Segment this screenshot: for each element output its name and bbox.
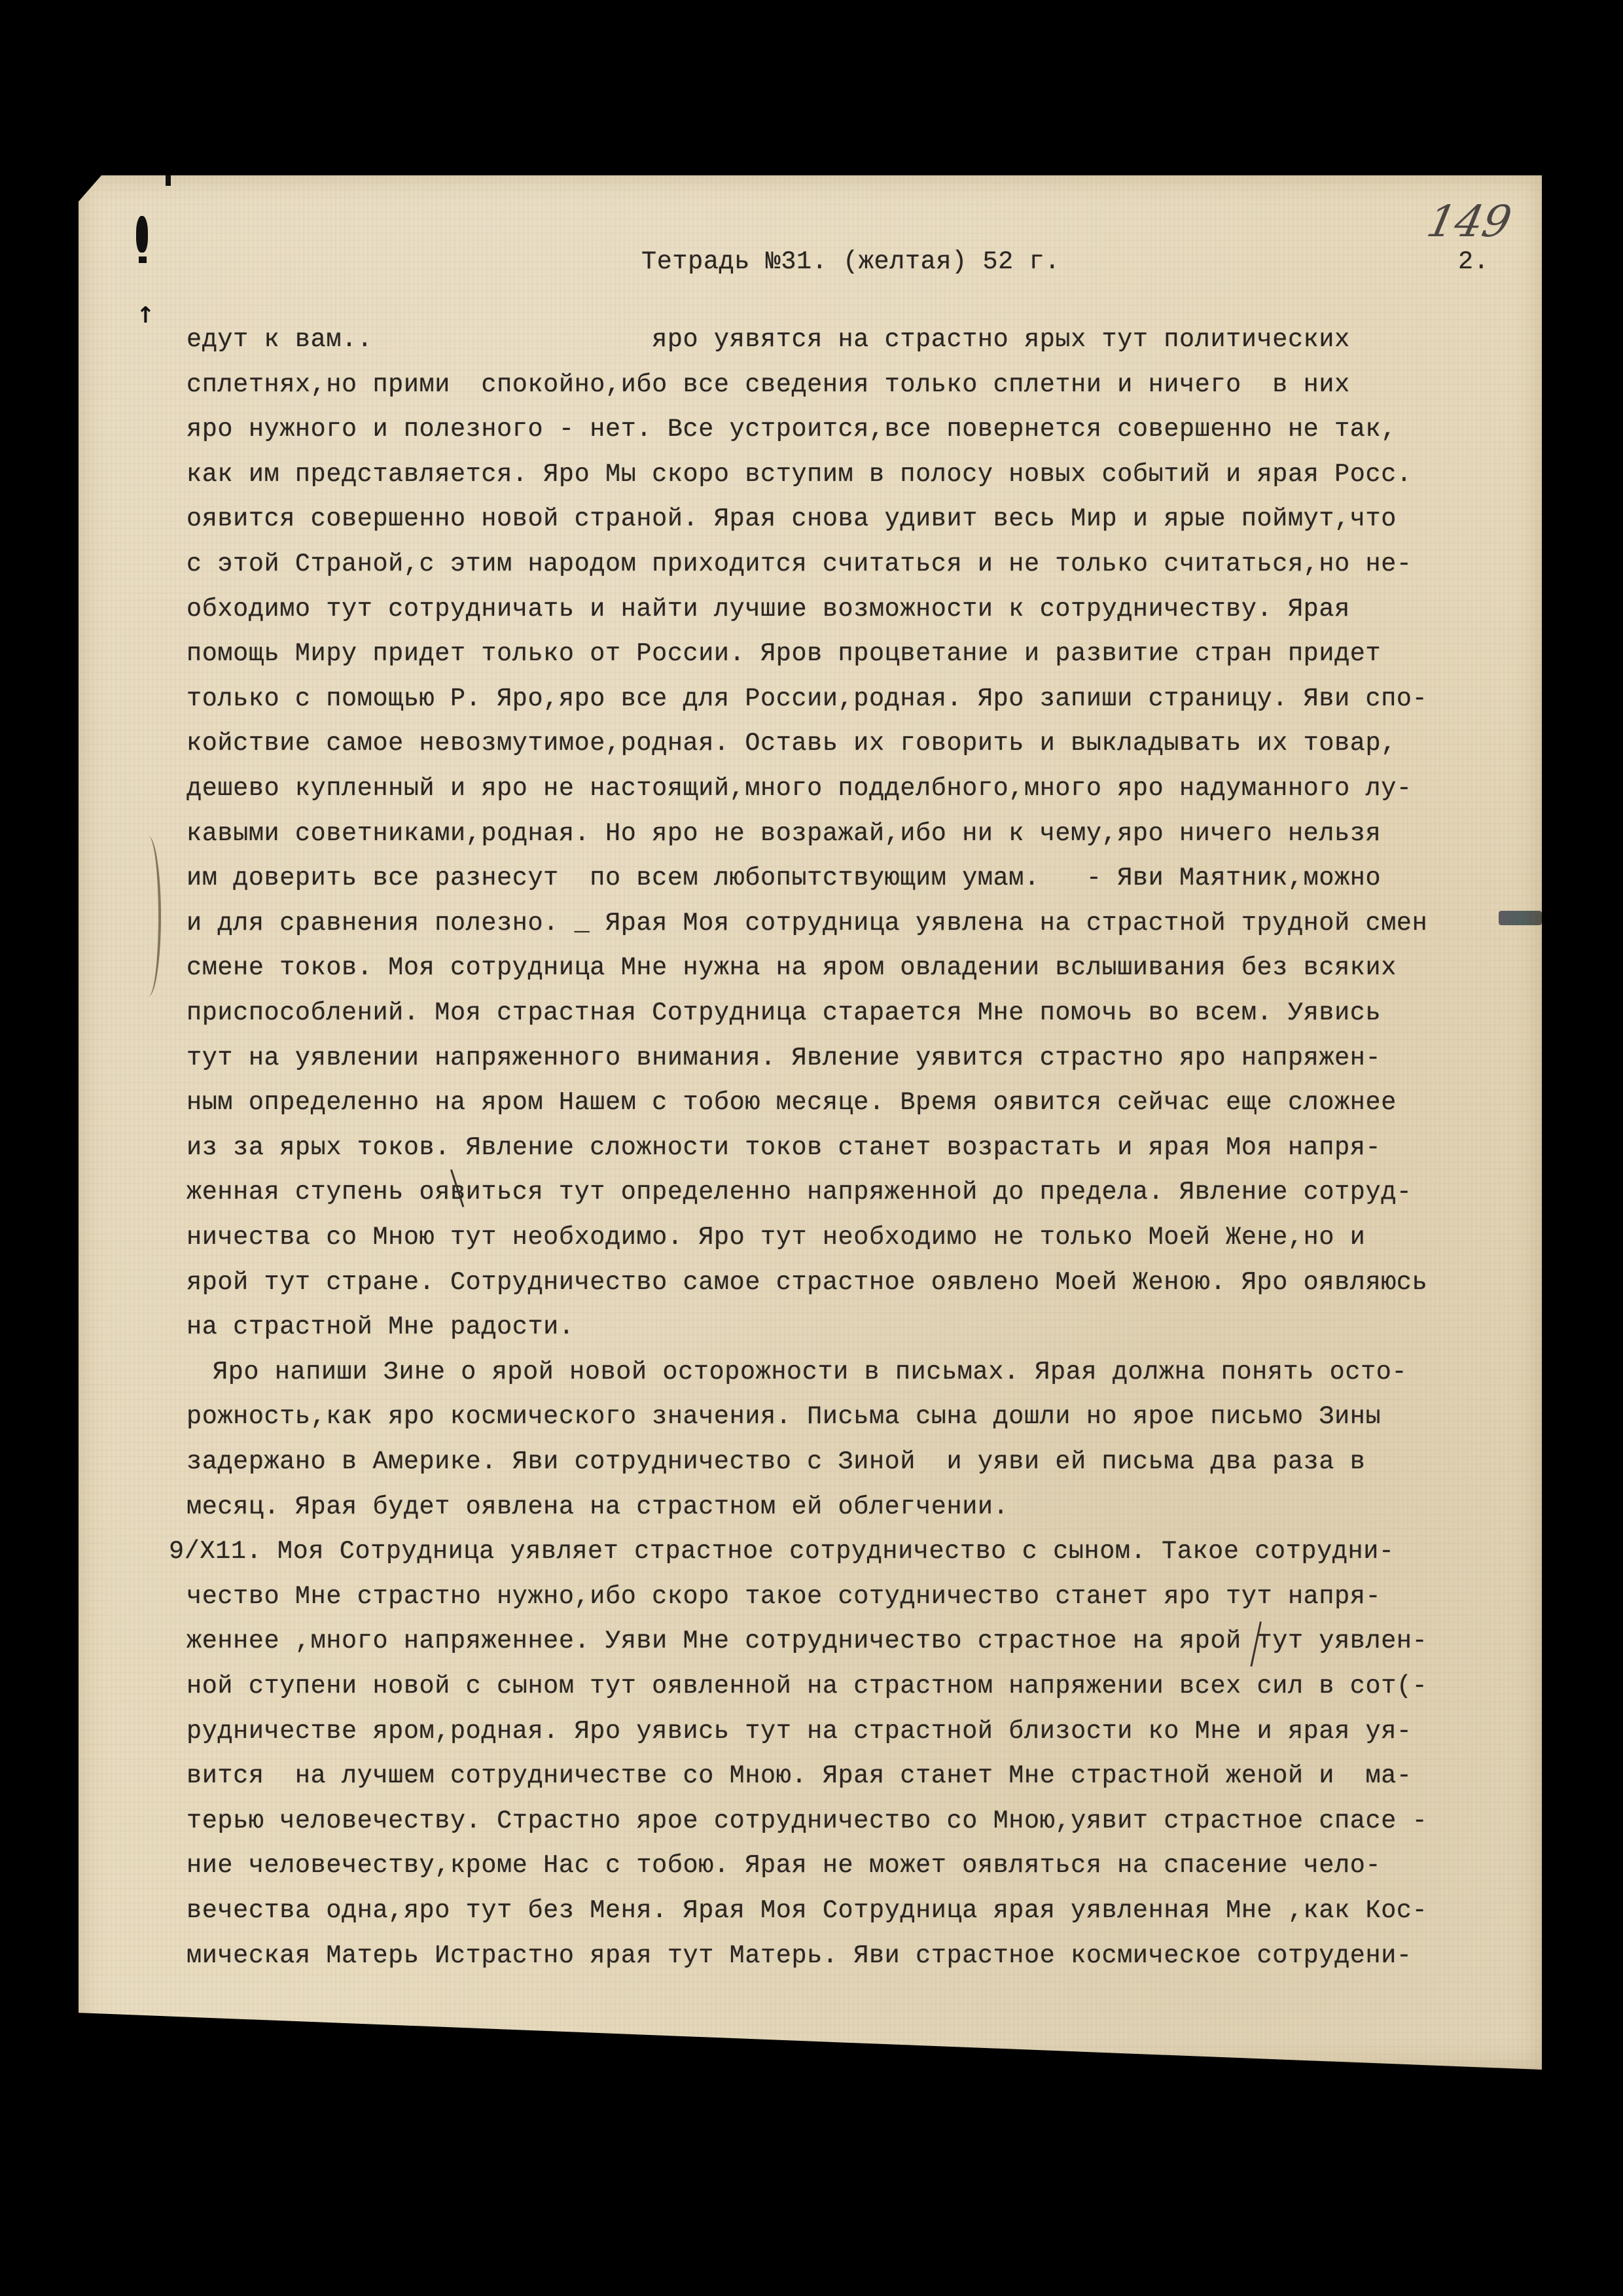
text-line: помощь Миру придет только от России. Яро… bbox=[187, 639, 1381, 668]
text-line: рудничестве яром,родная. Яро уявись тут … bbox=[187, 1717, 1412, 1746]
text-line: сплетнях,но прими спокойно,ибо все сведе… bbox=[187, 370, 1350, 399]
text-line: смене токов. Моя сотрудница Мне нужна на… bbox=[187, 953, 1397, 982]
text-line: задержано в Америке. Яви сотрудничество … bbox=[187, 1447, 1366, 1476]
handwritten-folio-number: 149 bbox=[1423, 196, 1516, 247]
text-line: койствие самое невозмутимое,родная. Оста… bbox=[187, 729, 1397, 758]
text-line: месяц. Ярая будет оявлена на страстном е… bbox=[187, 1492, 1008, 1521]
text-line: кавыми советниками,родная. Но яро не воз… bbox=[187, 819, 1381, 848]
text-line: Яро напиши Зине о ярой новой осторожност… bbox=[213, 1358, 1407, 1386]
text-line: терью человечеству. Страстно ярое сотруд… bbox=[187, 1807, 1427, 1835]
page-number: 2. bbox=[1458, 247, 1489, 276]
text-line: приспособлений. Моя страстная Сотрудница… bbox=[187, 998, 1381, 1027]
text-line: ярой тут стране. Сотрудничество самое ст… bbox=[187, 1268, 1427, 1297]
text-line: вится на лучшем сотрудничестве со Мною. … bbox=[187, 1761, 1412, 1790]
text-line: ным определенно на яром Нашем с тобою ме… bbox=[187, 1088, 1397, 1117]
text-line: оявится совершенно новой страной. Ярая с… bbox=[187, 504, 1397, 533]
text-line: с этой Страной,с этим народом приходится… bbox=[187, 550, 1412, 578]
text-line: 9/Х11. Моя Сотрудница уявляет страстное … bbox=[169, 1537, 1395, 1566]
text-line: яро нужного и полезного - нет. Все устро… bbox=[187, 415, 1397, 444]
staple-mark bbox=[166, 175, 171, 186]
document-header: Тетрадь №31. (желтая) 52 г. bbox=[641, 247, 1060, 276]
text-line: ние человечеству,кроме Нас с тобою. Ярая… bbox=[187, 1851, 1381, 1880]
text-line: на страстной Мне радости. bbox=[187, 1313, 575, 1341]
text-line: женнее ,много напряженнее. Уяви Мне сотр… bbox=[187, 1627, 1427, 1655]
strikethrough-correction bbox=[1499, 911, 1542, 925]
text-line: женная ступень оявиться тут определенно … bbox=[187, 1178, 1412, 1207]
text-line: чество Мне страстно нужно,ибо скоро тако… bbox=[187, 1582, 1381, 1611]
text-line: рожность,как яро космического значения. … bbox=[187, 1402, 1381, 1431]
exclamation-mark-icon bbox=[136, 216, 148, 253]
text-line: как им представляется. Яро Мы скоро всту… bbox=[187, 460, 1412, 489]
text-line: вечества одна,яро тут без Меня. Ярая Моя… bbox=[187, 1896, 1427, 1925]
text-line: ной ступени новой с сыном тут оявленной … bbox=[187, 1672, 1427, 1701]
arrow-up-mark-icon: ↑ bbox=[136, 302, 155, 328]
text-line: дешево купленный и яро не настоящий,мног… bbox=[187, 774, 1412, 803]
text-line: тут на уявлении напряженного внимания. Я… bbox=[187, 1044, 1381, 1072]
text-line: обходимо тут сотрудничать и найти лучшие… bbox=[187, 595, 1350, 624]
text-line: им доверить все разнесут по всем любопыт… bbox=[187, 864, 1381, 892]
exclamation-dot-icon bbox=[139, 256, 147, 263]
text-line: ничества со Мною тут необходимо. Яро тут… bbox=[187, 1223, 1366, 1252]
text-line: и для сравнения полезно. _ Ярая Моя сотр… bbox=[187, 909, 1427, 938]
text-line: мическая Матерь Истрастно ярая тут Матер… bbox=[187, 1941, 1412, 1970]
text-line: только с помощью Р. Яро,яро все для Росс… bbox=[187, 684, 1427, 713]
text-line: едут к вам.. яро уявятся на страстно яры… bbox=[187, 325, 1350, 354]
text-line: из за ярых токов. Явление сложности токо… bbox=[187, 1133, 1381, 1162]
